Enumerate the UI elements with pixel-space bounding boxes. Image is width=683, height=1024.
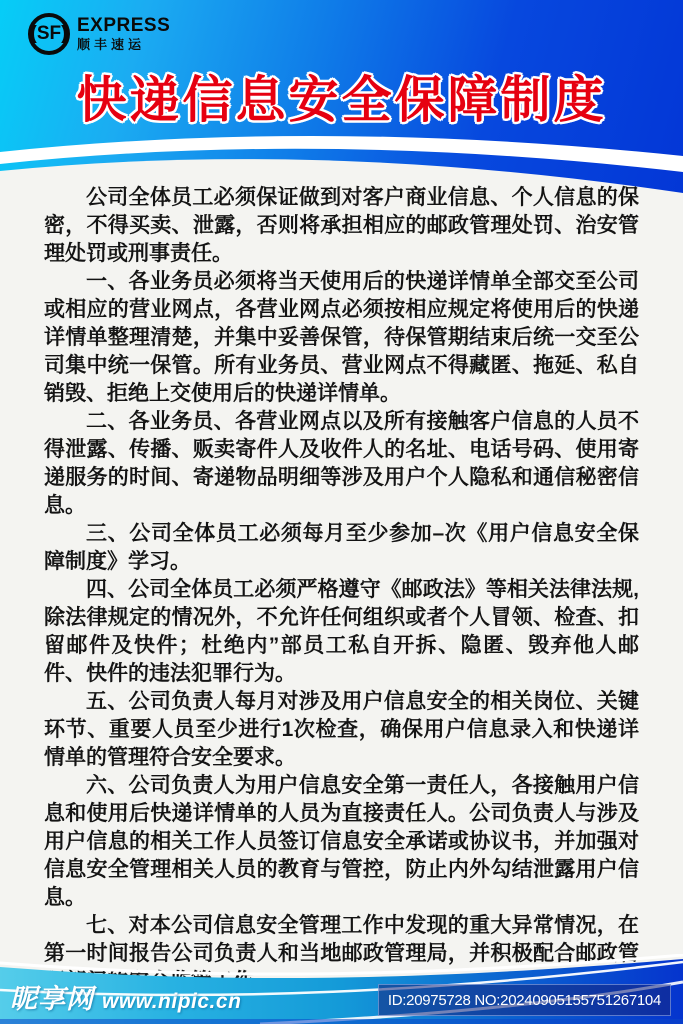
policy-paragraph-4: 四、公司全体员工必须严格遵守《邮政法》等相关法律法规,除法律规定的情况外，不允许… <box>44 576 639 688</box>
logo-wordmark: EXPRESS 顺丰速运 <box>77 16 170 52</box>
stock-id-badge: ID:20975728 NO:20240905155751267104 <box>378 984 671 1016</box>
sf-logo-icon: (SF) <box>28 13 70 55</box>
policy-paragraph-3: 三、公司全体员工必须每月至少参加–次《用户信息安全保障制度》学习。 <box>44 520 639 576</box>
watermark-site-name: 昵享网 <box>10 977 94 1016</box>
policy-paragraph-intro: 公司全体员工必须保证做到对客户商业信息、个人信息的保密，不得买卖、泄露，否则将承… <box>44 184 639 268</box>
poster-page: (SF) EXPRESS 顺丰速运 快递信息安全保障制度 公司全体员工必须保证做… <box>0 0 683 1024</box>
policy-paragraph-1: 一、各业务员必须将当天使用后的快递详情单全部交至公司或相应的营业网点，各营业网点… <box>44 268 639 408</box>
sf-express-logo: (SF) EXPRESS 顺丰速运 <box>28 13 170 55</box>
logo-chinese-label: 顺丰速运 <box>77 38 170 52</box>
logo-express-label: EXPRESS <box>77 16 170 36</box>
footer-banner: 昵享网 www.nipic.cn ID:20975728 NO:20240905… <box>0 954 683 1024</box>
watermark: 昵享网 www.nipic.cn <box>10 977 241 1016</box>
policy-paragraph-5: 五、公司负责人每月对涉及用户信息安全的相关岗位、关键环节、重要人员至少进行1次检… <box>44 688 639 772</box>
footer-bottom-strip <box>0 1019 683 1024</box>
policy-paragraph-6: 六、公司负责人为用户信息安全第一责任人，各接触用户信息和使用后快递详情单的人员为… <box>44 772 639 912</box>
policy-text: 公司全体员工必须保证做到对客户商业信息、个人信息的保密，不得买卖、泄露，否则将承… <box>0 184 683 996</box>
watermark-url: www.nipic.cn <box>102 990 241 1014</box>
policy-paragraph-2: 二、各业务员、各营业网点以及所有接触客户信息的人员不得泄露、传播、贩卖寄件人及收… <box>44 408 639 520</box>
